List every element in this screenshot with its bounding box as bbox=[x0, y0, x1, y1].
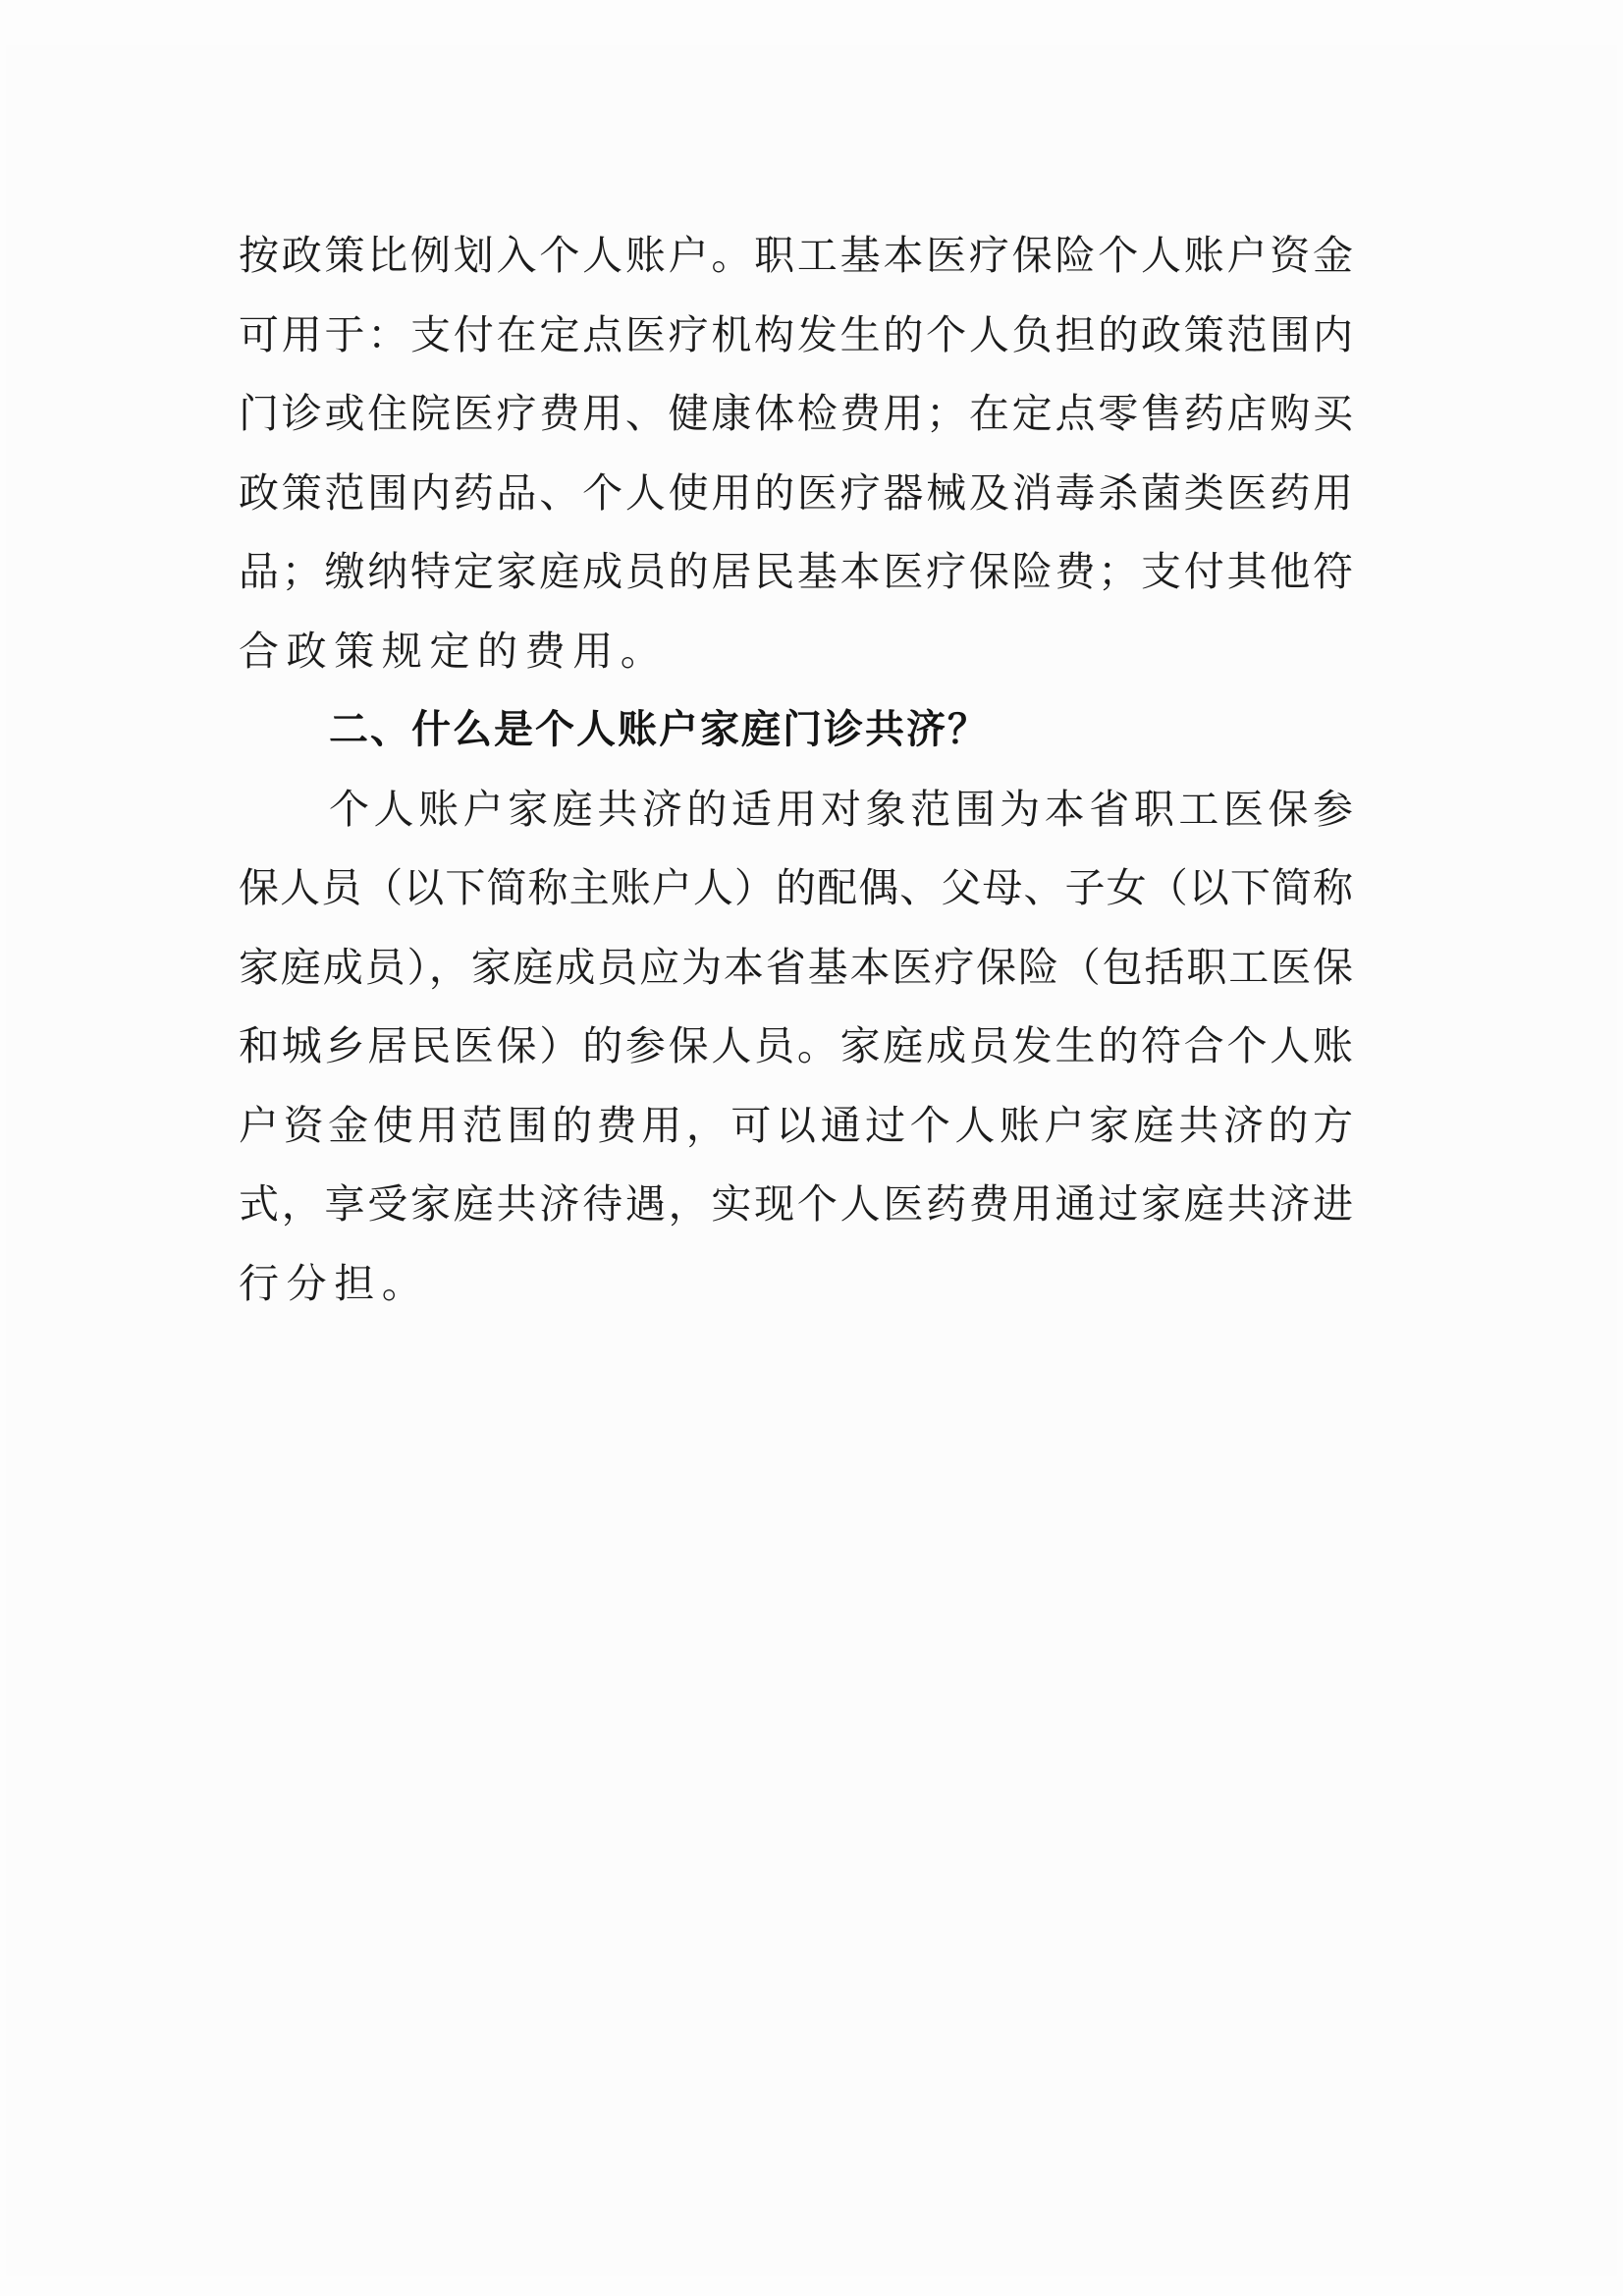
text-line: 品；缴纳特定家庭成员的居民基本医疗保险费；支付其他符 bbox=[239, 532, 1353, 612]
document-page: 按政策比例划入个人账户。职工基本医疗保险个人账户资金 可用于：支付在定点医疗机构… bbox=[0, 0, 1623, 2296]
text-line: 行分担。 bbox=[239, 1244, 1353, 1324]
text-line: 可用于：支付在定点医疗机构发生的个人负担的政策范围内 bbox=[239, 296, 1353, 375]
paragraph-account-usage: 按政策比例划入个人账户。职工基本医疗保险个人账户资金 可用于：支付在定点医疗机构… bbox=[239, 216, 1353, 690]
text-line: 户资金使用范围的费用，可以通过个人账户家庭共济的方 bbox=[239, 1086, 1353, 1166]
section-heading: 二、什么是个人账户家庭门诊共济？ bbox=[239, 690, 1353, 770]
text-line: 保人员（以下简称主账户人）的配偶、父母、子女（以下简称 bbox=[239, 848, 1353, 928]
text-line: 个人账户家庭共济的适用对象范围为本省职工医保参 bbox=[239, 770, 1353, 849]
text-line: 和城乡居民医保）的参保人员。家庭成员发生的符合个人账 bbox=[239, 1007, 1353, 1086]
text-line: 式，享受家庭共济待遇，实现个人医药费用通过家庭共济进 bbox=[239, 1165, 1353, 1244]
text-line: 门诊或住院医疗费用、健康体检费用；在定点零售药店购买 bbox=[239, 374, 1353, 454]
text-line: 合政策规定的费用。 bbox=[239, 612, 1353, 691]
document-body: 按政策比例划入个人账户。职工基本医疗保险个人账户资金 可用于：支付在定点医疗机构… bbox=[239, 216, 1353, 1323]
text-line: 按政策比例划入个人账户。职工基本医疗保险个人账户资金 bbox=[239, 216, 1353, 296]
paragraph-family-sharing: 个人账户家庭共济的适用对象范围为本省职工医保参 保人员（以下简称主账户人）的配偶… bbox=[239, 770, 1353, 1324]
text-line: 政策范围内药品、个人使用的医疗器械及消毒杀菌类医药用 bbox=[239, 454, 1353, 533]
text-line: 家庭成员），家庭成员应为本省基本医疗保险（包括职工医保 bbox=[239, 928, 1353, 1008]
